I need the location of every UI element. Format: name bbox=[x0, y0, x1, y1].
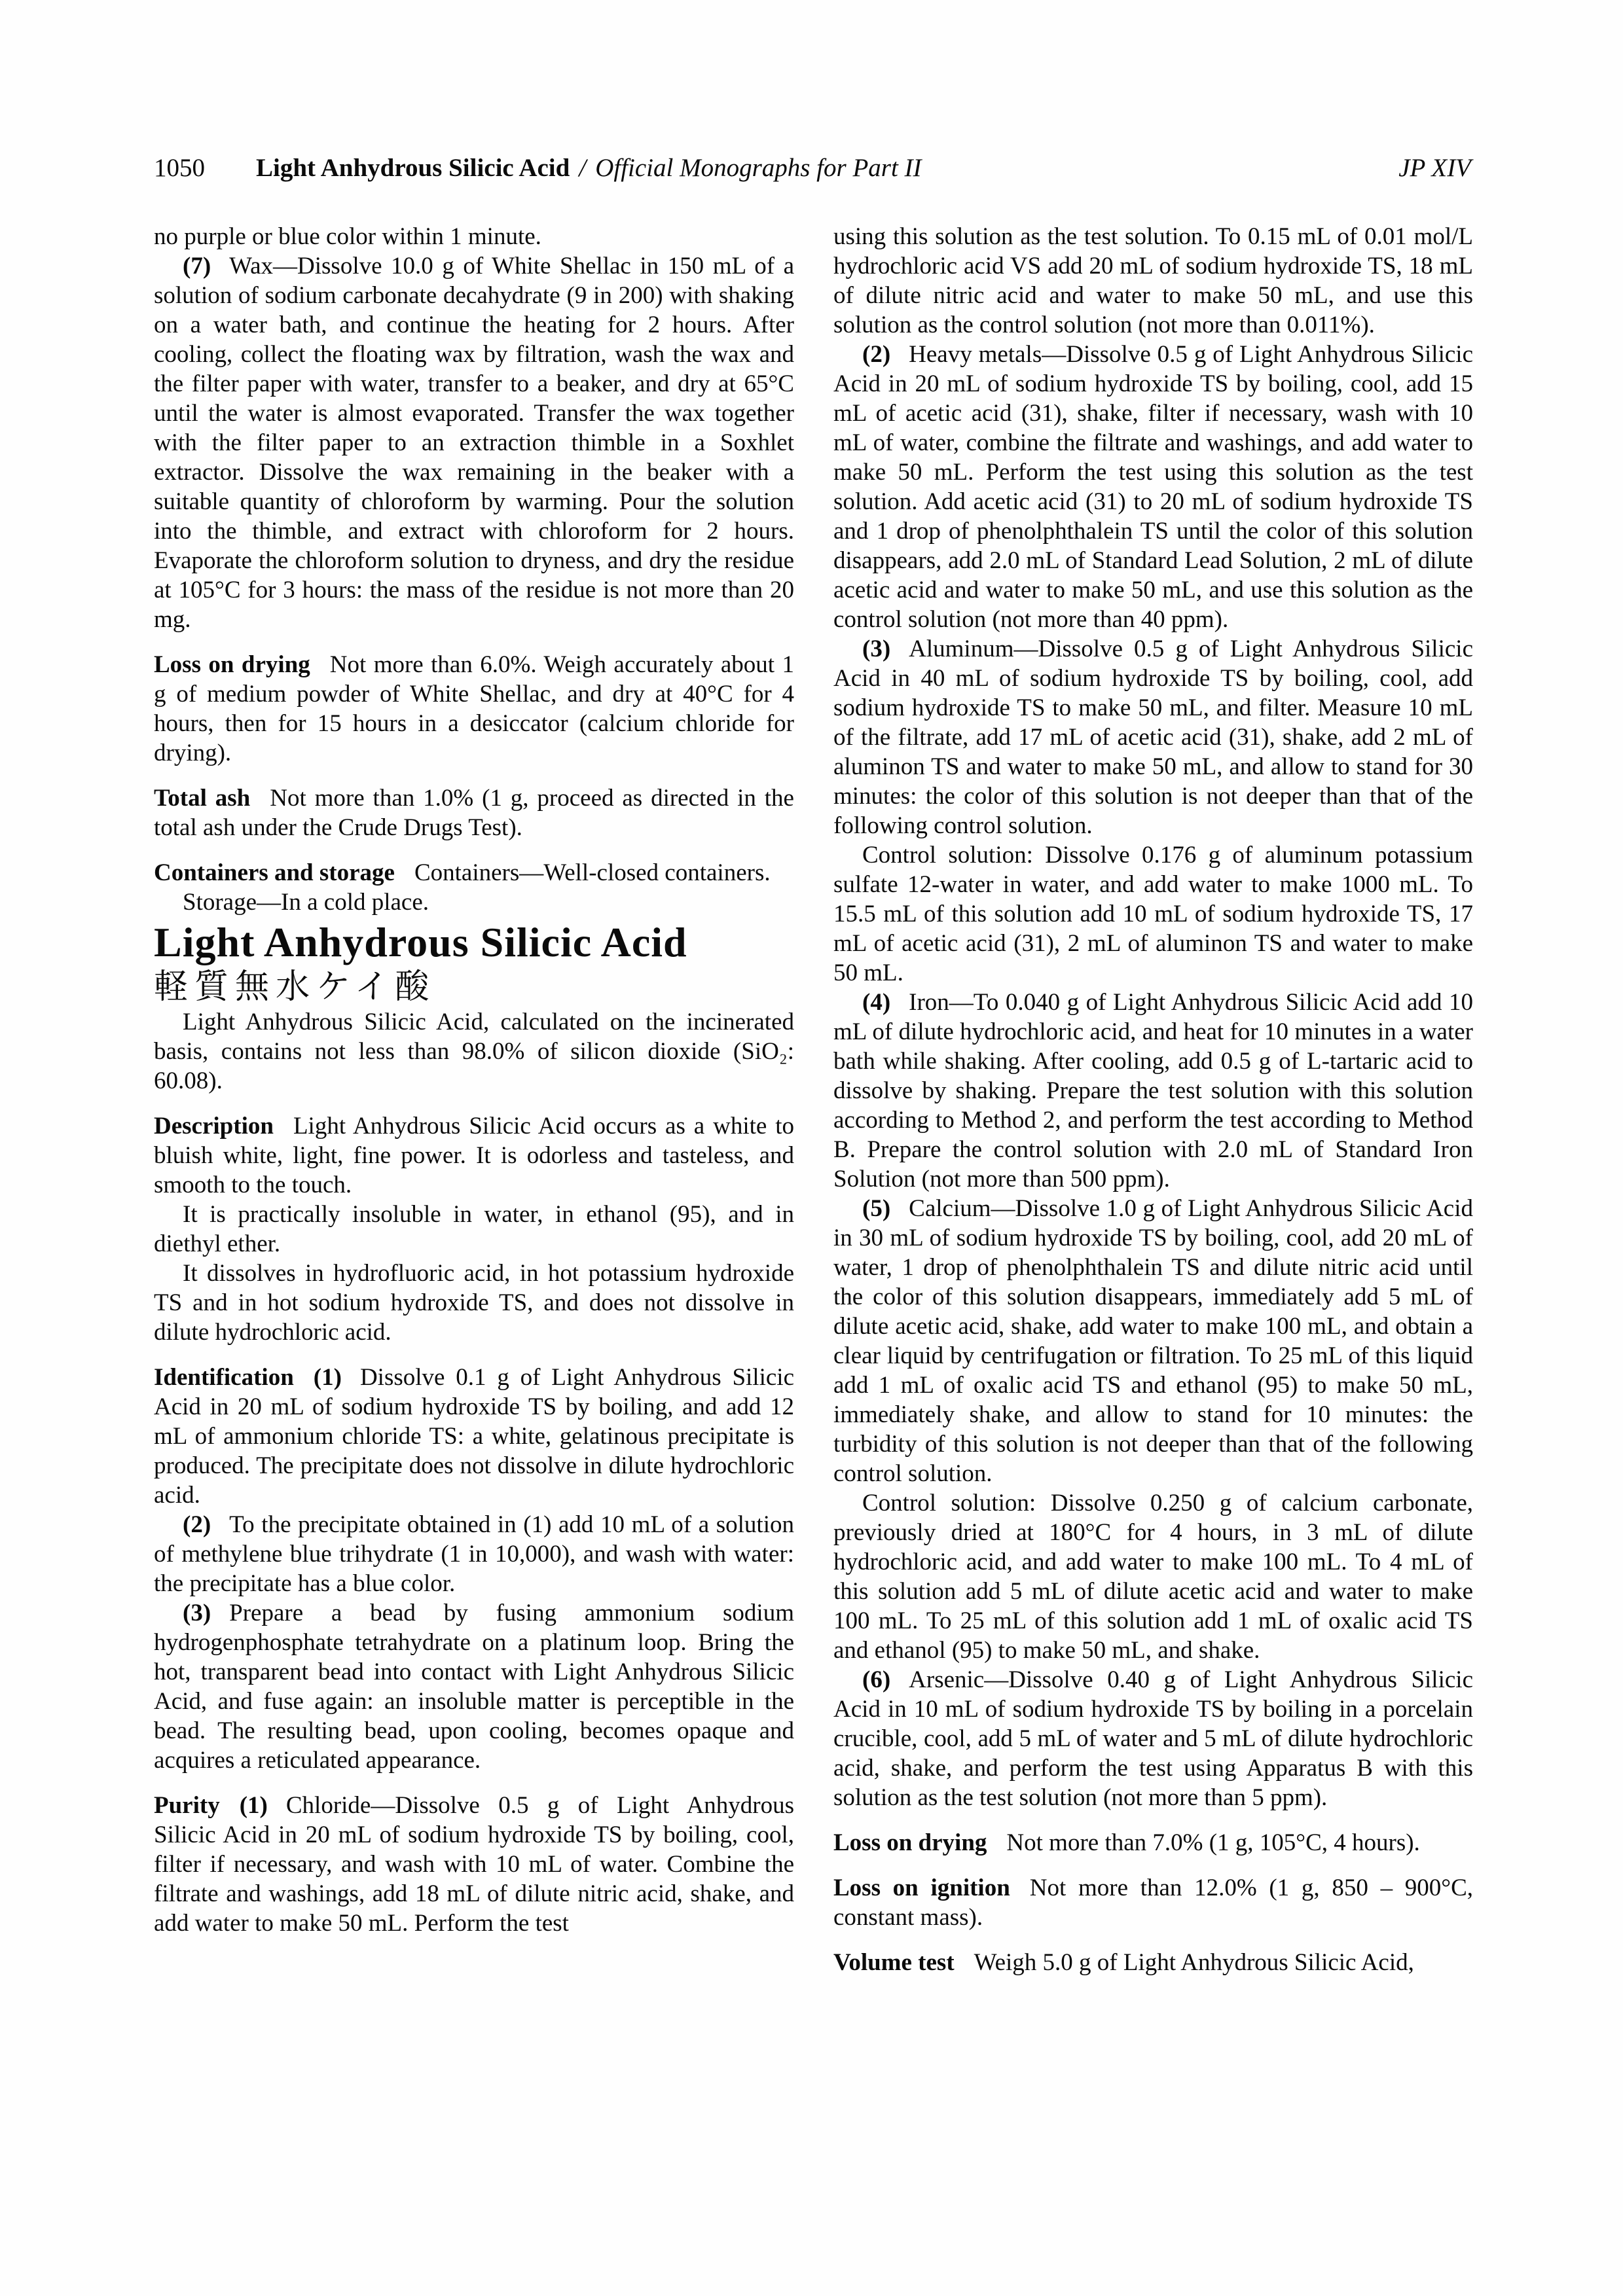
running-section-title: Official Monographs for Part II bbox=[595, 154, 921, 182]
paragraph-text: Calcium—Dissolve 1.0 g of Light Anhydrou… bbox=[833, 1195, 1473, 1487]
purity-item-4-iron: (4)Iron—To 0.040 g of Light Anhydrous Si… bbox=[833, 988, 1473, 1194]
paragraph-text: Arsenic—Dissolve 0.40 g of Light Anhydro… bbox=[833, 1666, 1473, 1811]
purity-item-2-heavy-metals: (2)Heavy metals—Dissolve 0.5 g of Light … bbox=[833, 340, 1473, 634]
storage-line: Storage—In a cold place. bbox=[154, 888, 794, 917]
paragraph-text: Prepare a bead by fusing ammonium sodium… bbox=[154, 1600, 794, 1774]
section-label: Loss on ignition bbox=[833, 1874, 1010, 1901]
section-label: Identification bbox=[154, 1364, 294, 1391]
section-label: Total ash bbox=[154, 785, 250, 812]
section-identification: Identification(1)Dissolve 0.1 g of Light… bbox=[154, 1363, 794, 1510]
edition-label: JP XIV bbox=[1398, 152, 1471, 184]
section-total-ash: Total ashNot more than 1.0% (1 g, procee… bbox=[154, 783, 794, 842]
item-number: (7) bbox=[183, 253, 211, 279]
monograph-intro: Light Anhydrous Silicic Acid, calculated… bbox=[154, 1007, 794, 1096]
control-solution-calcium: Control solution: Dissolve 0.250 g of ca… bbox=[833, 1488, 1473, 1665]
section-label: Loss on drying bbox=[833, 1829, 987, 1856]
left-column: no purple or blue color within 1 minute.… bbox=[154, 222, 794, 1938]
item-number: (6) bbox=[862, 1666, 890, 1693]
page-header: 1050 Light Anhydrous Silicic Acid/Offici… bbox=[154, 152, 1471, 184]
paragraph-text: To the precipitate obtained in (1) add 1… bbox=[154, 1511, 794, 1597]
section-containers-storage: Containers and storageContainers—Well-cl… bbox=[154, 858, 794, 888]
paragraph-wax-test: (7)Wax—Dissolve 10.0 g of White Shellac … bbox=[154, 251, 794, 634]
paragraph-text: Iron—To 0.040 g of Light Anhydrous Silic… bbox=[833, 989, 1473, 1193]
item-number: (2) bbox=[183, 1511, 211, 1538]
paragraph-text: Heavy metals—Dissolve 0.5 g of Light Anh… bbox=[833, 341, 1473, 633]
section-loss-on-ignition: Loss on ignitionNot more than 12.0% (1 g… bbox=[833, 1873, 1473, 1932]
section-label: Containers and storage bbox=[154, 859, 395, 886]
item-number: (1) bbox=[314, 1364, 342, 1391]
identification-item-2: (2)To the precipitate obtained in (1) ad… bbox=[154, 1510, 794, 1598]
paragraph-continuation: no purple or blue color within 1 minute. bbox=[154, 222, 794, 251]
page-number: 1050 bbox=[154, 152, 205, 184]
section-text: Not more than 7.0% (1 g, 105°C, 4 hours)… bbox=[1006, 1829, 1419, 1856]
description-paragraph-3: It dissolves in hydrofluoric acid, in ho… bbox=[154, 1259, 794, 1347]
item-number: (2) bbox=[862, 341, 890, 368]
right-column: using this solution as the test solution… bbox=[833, 222, 1473, 1977]
section-text: Weigh 5.0 g of Light Anhydrous Silicic A… bbox=[974, 1949, 1414, 1976]
running-head-separator: / bbox=[570, 154, 595, 182]
purity-item-6-arsenic: (6)Arsenic—Dissolve 0.40 g of Light Anhy… bbox=[833, 1665, 1473, 1812]
section-label: Volume test bbox=[833, 1949, 955, 1976]
section-label: Purity bbox=[154, 1792, 220, 1819]
paragraph-continuation: using this solution as the test solution… bbox=[833, 222, 1473, 340]
item-number: (3) bbox=[183, 1600, 211, 1626]
running-head: Light Anhydrous Silicic Acid/Official Mo… bbox=[256, 152, 922, 184]
item-number: (3) bbox=[862, 636, 890, 662]
section-purity: Purity(1)Chloride—Dissolve 0.5 g of Ligh… bbox=[154, 1791, 794, 1938]
item-number: (1) bbox=[240, 1792, 268, 1819]
section-description: DescriptionLight Anhydrous Silicic Acid … bbox=[154, 1111, 794, 1200]
description-paragraph-2: It is practically insoluble in water, in… bbox=[154, 1200, 794, 1259]
control-solution-aluminum: Control solution: Dissolve 0.176 g of al… bbox=[833, 840, 1473, 988]
running-title: Light Anhydrous Silicic Acid bbox=[256, 154, 570, 182]
section-loss-on-drying: Loss on dryingNot more than 7.0% (1 g, 1… bbox=[833, 1828, 1473, 1857]
monograph-title-japanese: 軽質無水ケイ酸 bbox=[154, 968, 794, 1007]
identification-item-3: (3)Prepare a bead by fusing ammonium sod… bbox=[154, 1598, 794, 1775]
paragraph-text: Aluminum—Dissolve 0.5 g of Light Anhydro… bbox=[833, 636, 1473, 839]
monograph-title: Light Anhydrous Silicic Acid bbox=[154, 917, 794, 968]
purity-item-3-aluminum: (3)Aluminum—Dissolve 0.5 g of Light Anhy… bbox=[833, 634, 1473, 840]
section-label: Description bbox=[154, 1113, 274, 1139]
item-number: (5) bbox=[862, 1195, 890, 1222]
paragraph-text: Wax—Dissolve 10.0 g of White Shellac in … bbox=[154, 253, 794, 633]
section-loss-on-drying: Loss on dryingNot more than 6.0%. Weigh … bbox=[154, 650, 794, 768]
section-text: Containers—Well-closed containers. bbox=[414, 859, 771, 886]
item-number: (4) bbox=[862, 989, 890, 1016]
document-page: 1050 Light Anhydrous Silicic Acid/Offici… bbox=[0, 0, 1623, 2296]
section-volume-test: Volume testWeigh 5.0 g of Light Anhydrou… bbox=[833, 1948, 1473, 1977]
section-label: Loss on drying bbox=[154, 651, 310, 678]
purity-item-5-calcium: (5)Calcium—Dissolve 1.0 g of Light Anhyd… bbox=[833, 1194, 1473, 1488]
